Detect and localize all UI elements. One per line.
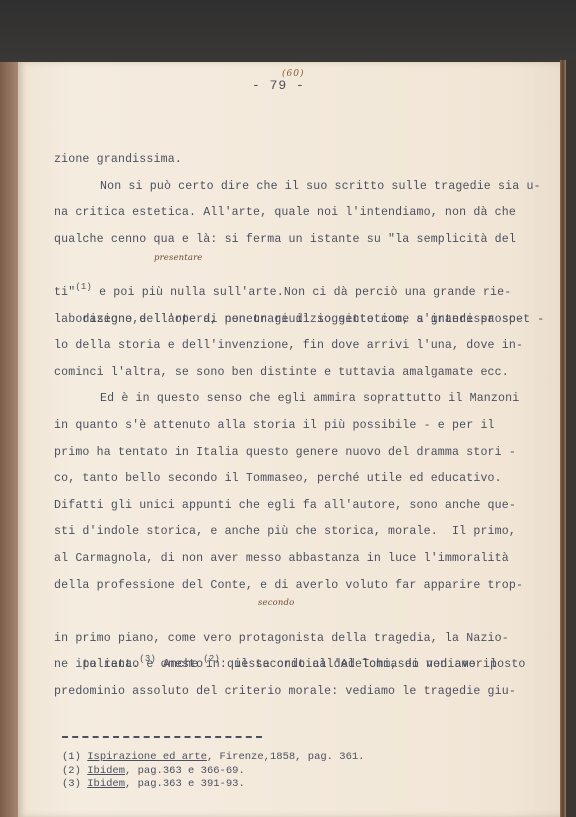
page-number: - 79 - (60) xyxy=(252,78,305,93)
scanner-background xyxy=(0,0,576,62)
footnotes: (1) Ispirazione ed arte, Firenze,1858, p… xyxy=(62,751,364,792)
footnote-number: (1) xyxy=(62,751,81,763)
footnote-detail: , Firenze,1858, pag. 361. xyxy=(207,751,365,763)
footnote-ref: (1) xyxy=(75,282,92,292)
text-line: zione grandissima. xyxy=(54,147,524,174)
text-line: presentare disegno,e l'arte di penetrare… xyxy=(54,253,524,280)
footnote-separator xyxy=(62,736,262,738)
scanner-background-right xyxy=(566,60,576,817)
text-line: qualche cenno qua e là: si ferma un ista… xyxy=(54,227,524,254)
text-line: co, tanto bello secondo il Tommaseo, per… xyxy=(54,466,524,493)
text-line: in quanto s'è attenuto alla storia il pi… xyxy=(54,413,524,440)
footnote-2: (2) Ibidem, pag.363 e 366-69. xyxy=(62,765,364,779)
handwritten-annotation: presentare xyxy=(154,245,202,272)
footnote-number: (2) xyxy=(62,765,81,777)
footnote-1: (1) Ispirazione ed arte, Firenze,1858, p… xyxy=(62,751,364,765)
footnote-title: Ibidem xyxy=(87,765,125,777)
text-fragment: ti" xyxy=(54,286,75,299)
text-line: Non si può certo dire che il suo scritto… xyxy=(54,174,524,201)
text-line: ti"(1) e poi più nulla sull'arte.Non ci … xyxy=(54,280,524,307)
footnote-detail: , pag.363 e 366-69. xyxy=(125,765,245,777)
handwritten-annotation: secondo xyxy=(258,590,294,617)
book-gutter-shadow xyxy=(0,62,20,817)
text-line: Ed è in questo senso che egli ammira sop… xyxy=(54,386,524,413)
text-line: predominio assoluto del criterio morale:… xyxy=(54,679,524,706)
footnote-3: (3) Ibidem, pag.363 e 391-93. xyxy=(62,778,364,792)
text-fragment: e poi più nulla sull'arte.Non ci dà perc… xyxy=(99,286,511,299)
text-line: na critica estetica. All'arte, quale noi… xyxy=(54,200,524,227)
text-line: ne italiana.(3) Anche in questa critica … xyxy=(54,652,524,679)
text-fragment: ne italiana. xyxy=(54,658,139,671)
text-line: sti d'indole storica, e anche più che st… xyxy=(54,519,524,546)
text-line: lo della storia e dell'invenzione, fin d… xyxy=(54,333,524,360)
handwritten-page-number: (60) xyxy=(282,69,304,79)
footnote-number: (3) xyxy=(62,778,81,790)
text-line: primo ha tentato in Italia questo genere… xyxy=(54,440,524,467)
text-line: secondo po retto e onesto(2): il secondo… xyxy=(54,599,524,626)
footnote-detail: , pag.363 e 391-93. xyxy=(125,778,245,790)
text-fragment: Anche in questa critica del Tommaseo ved… xyxy=(156,658,497,671)
text-line: cominci l'altra, se sono ben distinte e … xyxy=(54,360,524,387)
footnote-title: Ispirazione ed arte xyxy=(87,751,207,763)
text-line: in primo piano, come vero protagonista d… xyxy=(54,626,524,653)
footnote-ref: (3) xyxy=(139,654,156,664)
body-text: zione grandissima. Non si può certo dire… xyxy=(54,147,524,705)
footnote-title: Ibidem xyxy=(87,778,125,790)
text-line: laborazione dell'opera, non un giudizio … xyxy=(54,307,524,334)
text-line: al Carmagnola, di non aver messo abbasta… xyxy=(54,546,524,573)
text-line: Difatti gli unici appunti che egli fa al… xyxy=(54,493,524,520)
page-number-typed: - 79 - xyxy=(252,78,305,93)
